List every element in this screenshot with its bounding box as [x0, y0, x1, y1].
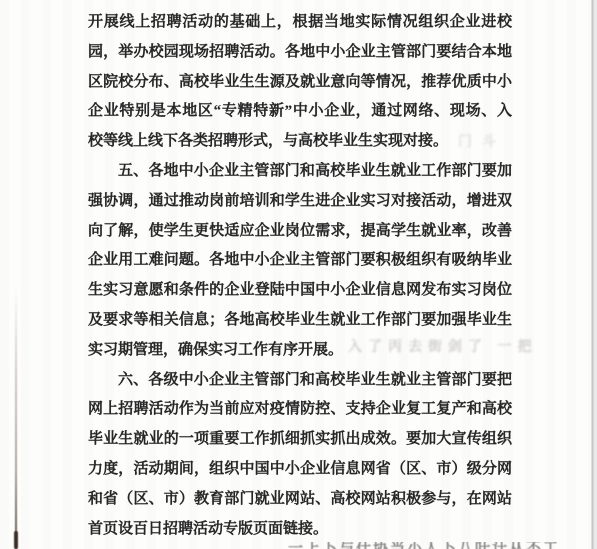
page-right-edge	[589, 0, 597, 549]
text-line: 实习期管理，确保实习工作有序开展。	[88, 336, 512, 366]
text-line: 强协调，通过推动岗前培训和学生进企业实习对接活动，增进双	[88, 187, 512, 217]
text-line: 园，举办校园现场招聘活动。各地中小企业主管部门要结合本地	[88, 38, 512, 68]
text-line: 校等线上线下各类招聘形式，与高校毕业生实现对接。	[88, 127, 512, 157]
scan-crease-tip	[14, 531, 18, 549]
text-line: 和省（区、市）教育部门就业网站、高校网站积极参与，在网站	[88, 485, 512, 515]
document-body: 开展线上招聘活动的基础上，根据当地实际情况组织企业进校园，举办校园现场招聘活动。…	[88, 8, 512, 544]
text-line: 向了解，使学生更快适应企业岗位需求，提高学生就业率，改善	[88, 217, 512, 247]
text-line: 区院校分布、高校毕业生生源及就业意向等情况，推荐优质中小	[88, 68, 512, 98]
text-line: 力度，活动期间，组织中国中小企业信息网省（区、市）级分网	[88, 455, 512, 485]
text-line: 企业用工难问题。各地中小企业主管部门要积极组织有吸纳毕业	[88, 246, 512, 276]
text-line: 毕业生就业的一项重要工作抓细抓实抓出成效。要加大宣传组织	[88, 425, 512, 455]
text-line: 企业特别是本地区“专精特新”中小企业，通过网络、现场、入	[88, 97, 512, 127]
document-page: 开展线上招聘活动的基础上，根据当地实际情况组织企业进校园，举办校园现场招聘活动。…	[0, 0, 597, 549]
text-line: 首页设百日招聘活动专版页面链接。	[88, 515, 512, 545]
text-line: 开展线上招聘活动的基础上，根据当地实际情况组织企业进校	[88, 8, 512, 38]
text-line: 网上招聘活动作为当前应对疫情防控、支持企业复工复产和高校	[88, 395, 512, 425]
text-line: 及要求等相关信息；各地高校毕业生就业工作部门要加强毕业生	[88, 306, 512, 336]
text-line: 六、各级中小企业主管部门和高校毕业生就业主管部门要把	[88, 366, 512, 396]
text-line: 生实习意愿和条件的企业登陆中国中小企业信息网发布实习岗位	[88, 276, 512, 306]
text-line: 五、各地中小企业主管部门和高校毕业生就业工作部门要加	[88, 157, 512, 187]
scan-crease-line	[15, 288, 17, 549]
